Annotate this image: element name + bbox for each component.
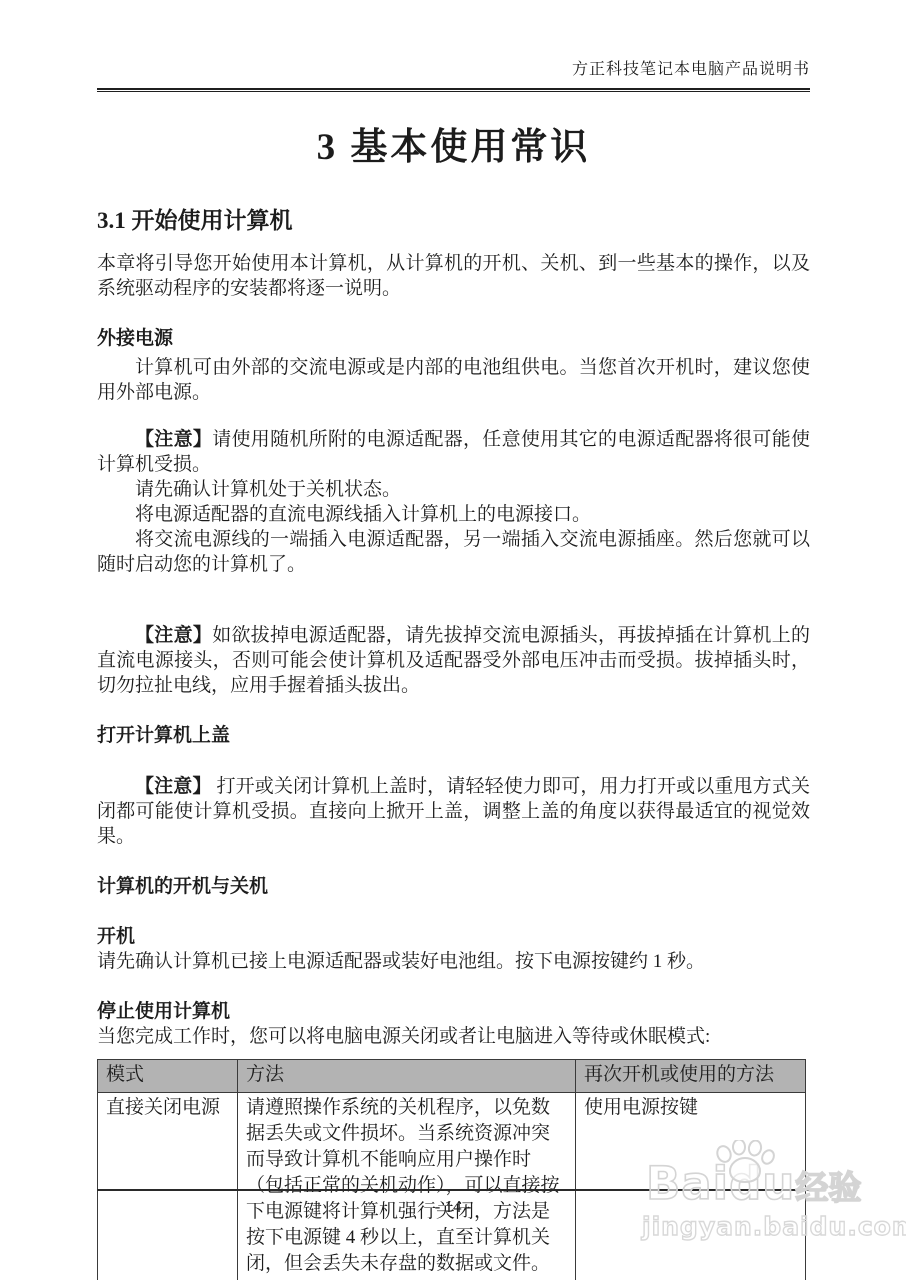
- table-header-row: 模式 方法 再次开机或使用的方法: [98, 1060, 806, 1093]
- cell-mode: 直接关闭电源: [98, 1093, 238, 1280]
- cell-method: 请遵照操作系统的关机程序，以免数据丢失或文件损坏。当系统资源冲突而导致计算机不能…: [238, 1093, 576, 1280]
- heading-external-power: 外接电源: [97, 327, 810, 351]
- paragraph-stop-using: 当您完成工作时，您可以将电脑电源关闭或者让电脑进入等待或休眠模式:: [97, 1024, 810, 1049]
- column-header-restart-method: 再次开机或使用的方法: [576, 1060, 806, 1093]
- page-content: 方正科技笔记本电脑产品说明书 3 基本使用常识 3.1 开始使用计算机 本章将引…: [97, 0, 810, 1280]
- chapter-title: 3 基本使用常识: [97, 116, 810, 170]
- section-intro: 本章将引导您开始使用本计算机，从计算机的开机、关机、到一些基本的操作，以及系统驱…: [97, 251, 810, 301]
- note-label: 【注意】: [135, 776, 212, 797]
- note-label: 【注意】: [135, 625, 212, 646]
- paragraph-note-adapter: 【注意】请使用随机所附的电源适配器，任意使用其它的电源适配器将很可能使计算机受损…: [97, 427, 810, 477]
- paragraph-note-unplug: 【注意】如欲拔掉电源适配器，请先拔掉交流电源插头，再拔掉插在计算机上的直流电源接…: [97, 623, 810, 698]
- header-rule: [97, 88, 810, 92]
- heading-stop-using: 停止使用计算机: [97, 1000, 810, 1024]
- paragraph-step-confirm-off: 请先确认计算机处于关机状态。: [97, 477, 810, 502]
- paragraph-step-plug-dc: 将电源适配器的直流电源线插入计算机上的电源接口。: [97, 502, 810, 527]
- column-header-mode: 模式: [98, 1060, 238, 1093]
- section-title: 3.1 开始使用计算机: [97, 202, 810, 235]
- heading-power-on-off: 计算机的开机与关机: [97, 875, 810, 899]
- paragraph-power-supply: 计算机可由外部的交流电源或是内部的电池组供电。当您首次开机时，建议您使用外部电源…: [97, 355, 810, 405]
- heading-open-lid: 打开计算机上盖: [97, 724, 810, 748]
- paragraph-note-lid: 【注意】 打开或关闭计算机上盖时，请轻轻使力即可，用力打开或以重甩方式关闭都可能…: [97, 774, 810, 849]
- watermark-brand-cn: 经验: [795, 1168, 861, 1207]
- heading-power-on: 开机: [97, 925, 810, 949]
- paragraph-step-plug-ac: 将交流电源线的一端插入电源适配器，另一端插入交流电源插座。然后您就可以随时启动您…: [97, 527, 810, 577]
- column-header-method: 方法: [238, 1060, 576, 1093]
- paragraph-power-on: 请先确认计算机已接上电源适配器或装好电池组。按下电源按键约 1 秒。: [97, 949, 810, 974]
- paw-icon: [712, 1140, 778, 1184]
- running-header: 方正科技笔记本电脑产品说明书: [97, 0, 810, 79]
- watermark-url: jingyan.baidu.com: [642, 1212, 906, 1241]
- note-label: 【注意】: [135, 429, 212, 450]
